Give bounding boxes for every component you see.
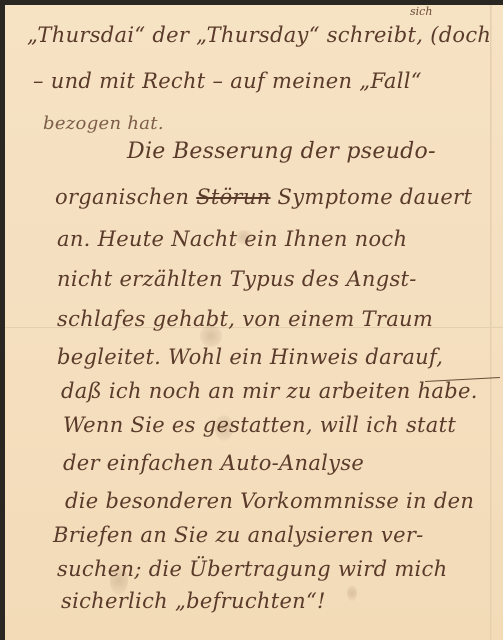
text-line-7: nicht erzählten Typus des Angst-: [57, 267, 417, 291]
line-5-start: organischen: [55, 185, 196, 209]
text-line-13: die besonderen Vorkommnisse in den: [65, 489, 474, 513]
text-line-16: sicherlich „befruchten“!: [61, 589, 326, 613]
text-line-1: „Thursdai“ der „Thursday“ schreibt, (doc…: [27, 23, 491, 47]
text-line-8: schlafes gehabt, von einem Traum: [57, 307, 433, 331]
text-line-3: bezogen hat.: [43, 113, 164, 134]
vertical-fold-line: [490, 5, 492, 640]
text-line-4: Die Besserung der pseudo-: [127, 139, 436, 164]
paper-stain: [347, 585, 357, 601]
text-line-11: Wenn Sie es gestatten, will ich statt: [63, 413, 456, 437]
text-line-10: daß ich noch an mir zu arbeiten habe.: [61, 379, 478, 403]
text-line-14: Briefen an Sie zu analysieren ver-: [53, 523, 424, 547]
letter-page: sich „Thursdai“ der „Thursday“ schreibt,…: [5, 5, 503, 640]
text-line-9: begleitet. Wohl ein Hinweis darauf,: [57, 345, 443, 369]
line-5-end: Symptome dauert: [271, 185, 473, 209]
text-line-5: organischen Störun Symptome dauert: [55, 185, 472, 209]
text-line-15: suchen; die Übertragung wird mich: [57, 557, 447, 581]
text-line-2: – und mit Recht – auf meinen „Fall“: [33, 69, 422, 93]
struck-word: Störun: [196, 185, 270, 209]
text-line-12: der einfachen Auto-Analyse: [63, 451, 364, 475]
text-line-6: an. Heute Nacht ein Ihnen noch: [57, 227, 407, 251]
interlinear-note: sich: [410, 5, 432, 18]
